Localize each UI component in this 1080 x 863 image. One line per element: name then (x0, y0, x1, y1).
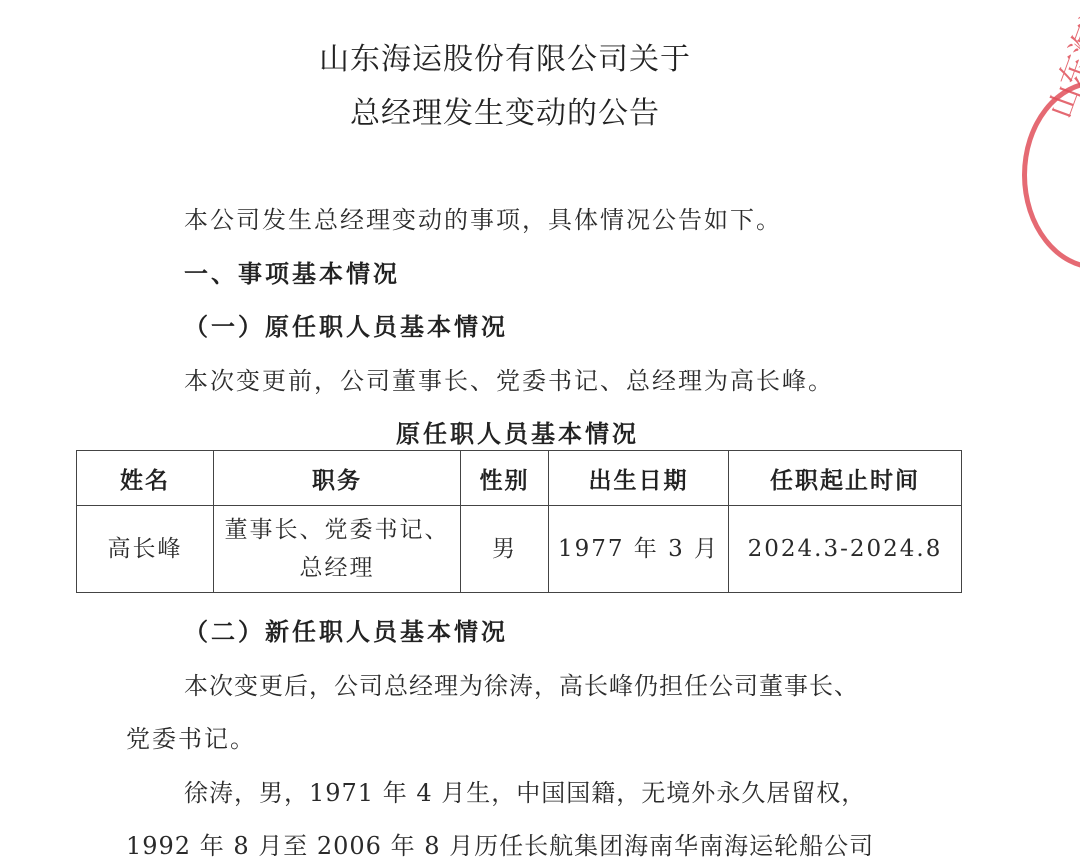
subsection-heading-2: （二）新任职人员基本情况 (184, 612, 508, 647)
cell-name: 高长峰 (77, 506, 214, 593)
document-title-line2: 总经理发生变动的公告 (0, 88, 1010, 132)
cell-position: 董事长、党委书记、 总经理 (214, 506, 461, 593)
header-position: 职务 (214, 451, 461, 506)
subsection2-paragraph-line1: 本次变更后，公司总经理为徐涛，高长峰仍担任公司董事长、 (184, 666, 859, 701)
bio-paragraph-line2: 1992 年 8 月至 2006 年 8 月历任长航集团海南华南海运轮船公司 (126, 826, 874, 861)
subsection-heading-1: （一）原任职人员基本情况 (184, 307, 508, 342)
table-row: 高长峰 董事长、党委书记、 总经理 男 1977 年 3 月 2024.3-20… (77, 506, 962, 593)
table-header-row: 姓名 职务 性别 出生日期 任职起止时间 (77, 451, 962, 506)
table-caption: 原任职人员基本情况 (0, 414, 1035, 449)
header-name: 姓名 (77, 451, 214, 506)
subsection1-paragraph: 本次变更前，公司董事长、党委书记、总经理为高长峰。 (184, 361, 834, 396)
cell-term: 2024.3-2024.8 (729, 506, 962, 593)
former-personnel-table: 姓名 职务 性别 出生日期 任职起止时间 高长峰 董事长、党委书记、 总经理 男… (76, 450, 962, 593)
document-title-line1: 山东海运股份有限公司关于 (0, 34, 1010, 78)
header-birth-date: 出生日期 (549, 451, 729, 506)
cell-position-line2: 总经理 (218, 549, 456, 587)
cell-birth-date: 1977 年 3 月 (549, 506, 729, 593)
subsection2-paragraph-line2: 党委书记。 (126, 719, 256, 754)
header-gender: 性别 (461, 451, 549, 506)
section-heading-1: 一、事项基本情况 (184, 254, 400, 289)
cell-position-line1: 董事长、党委书记、 (218, 511, 456, 549)
header-term: 任职起止时间 (729, 451, 962, 506)
cell-gender: 男 (461, 506, 549, 593)
bio-paragraph-line1: 徐涛，男，1971 年 4 月生，中国国籍，无境外永久居留权， (184, 773, 866, 808)
intro-paragraph: 本公司发生总经理变动的事项，具体情况公告如下。 (184, 200, 782, 235)
